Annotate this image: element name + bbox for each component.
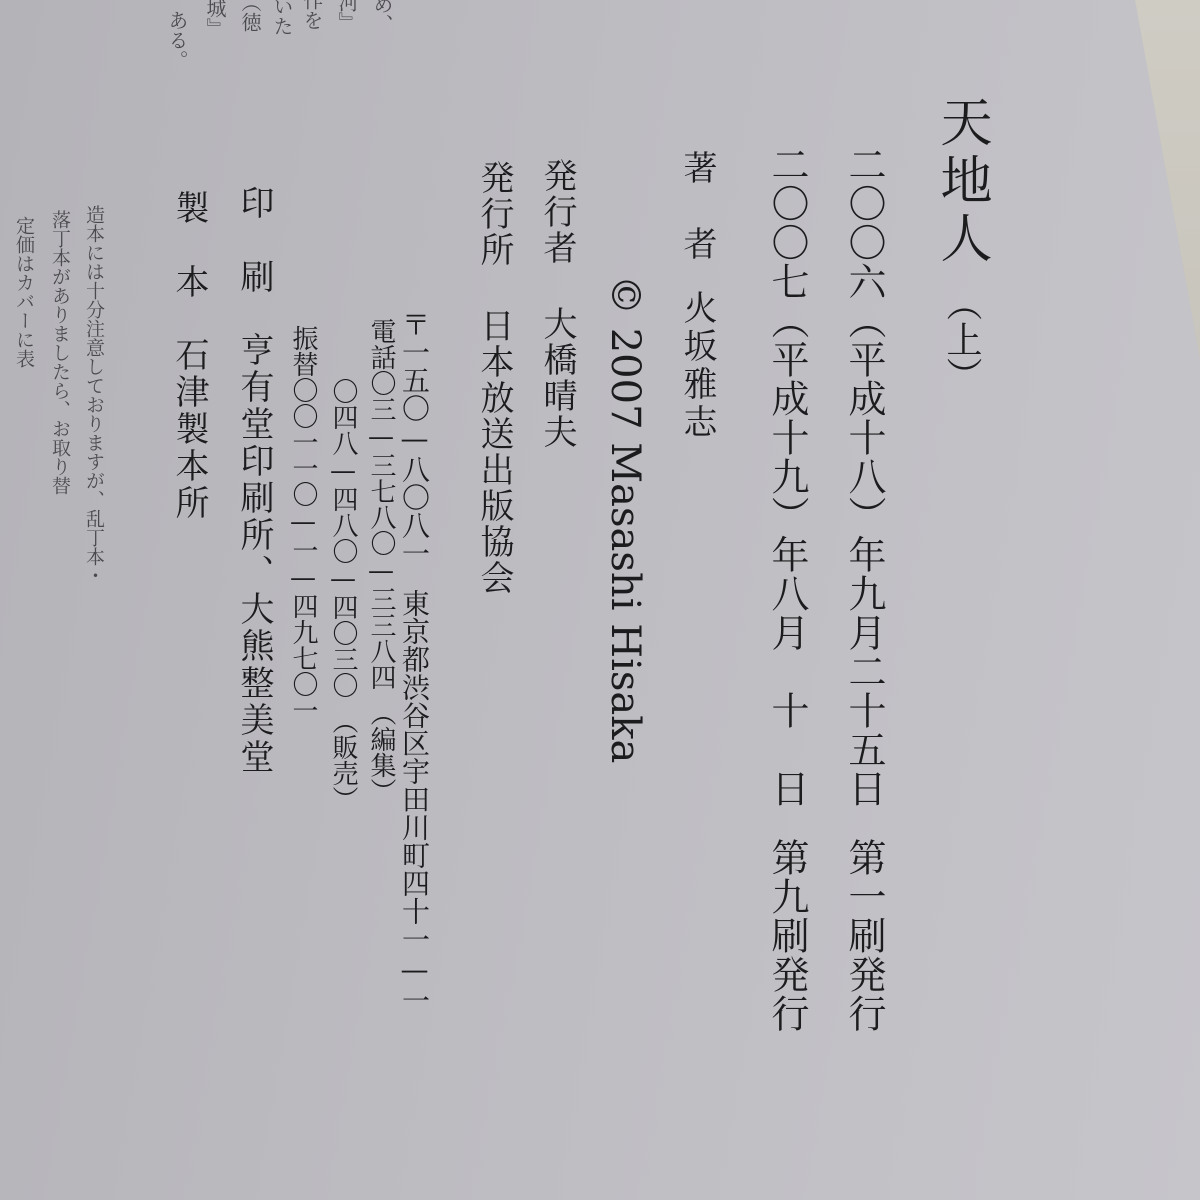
phone-sales-line: 〇四八—四八〇—四〇三〇（販売） xyxy=(330,378,356,812)
author-line: 著 者火坂雅志 xyxy=(680,150,714,442)
ninth-printing-label: 第九刷発行 xyxy=(765,838,809,1033)
printer-label: 印 刷 xyxy=(234,185,274,296)
postal-address-line: 〒一五〇—八〇八一東京都渋谷区宇田川町四十一—一 xyxy=(400,310,428,1014)
fragment-column: 作を xyxy=(302,0,322,30)
street-address: 東京都渋谷区宇田川町四十一—一 xyxy=(398,589,431,1014)
binder-label: 製 本 xyxy=(169,190,209,301)
notice-line: 造本には十分注意しておりますが、乱丁本・ xyxy=(84,205,103,585)
phone-sales-note: （販売） xyxy=(328,708,358,812)
first-edition-printing: 第一刷発行 xyxy=(842,838,886,1033)
publisher-person-name: 大橋晴夫 xyxy=(537,306,577,450)
phone-editorial-number: 〇三—三七八〇—三三八四 xyxy=(366,370,396,690)
printer-name: 亨有堂印刷所、大熊整美堂 xyxy=(234,332,274,776)
postal-code: 〒一五〇—八〇八一 xyxy=(398,310,431,567)
publisher-person-line: 発行者大橋晴夫 xyxy=(540,158,574,450)
phone-editorial-note: （編集） xyxy=(366,700,396,804)
fragment-column: （徳 xyxy=(240,0,260,32)
fragment-column: の城』 xyxy=(205,0,225,38)
ninth-printing-line: 二〇〇七（平成十九）年八月 十 日第九刷発行 xyxy=(768,145,806,1033)
book-page xyxy=(0,0,1200,1200)
postal-transfer-line: 振替〇〇一一〇—一—四九七〇一 xyxy=(290,325,316,723)
author-name: 火坂雅志 xyxy=(677,290,717,442)
binder-line: 製 本石津製本所 xyxy=(172,190,206,522)
publisher-person-label: 発行者 xyxy=(537,158,577,266)
phone-editorial-line: 電話〇三—三七八〇—三三八四（編集） xyxy=(368,318,394,804)
phone-label: 電話 xyxy=(366,318,396,370)
publisher-line: 発行所日本放送出版協会 xyxy=(477,160,511,596)
notice-line: 落丁本がありましたら、お取り替 xyxy=(50,210,69,495)
publisher-name: 日本放送出版協会 xyxy=(474,308,514,596)
fragment-column: いた xyxy=(272,0,292,36)
fragment-column: め、 xyxy=(372,0,392,34)
transfer-number: 〇〇一一〇—一—四九七〇一 xyxy=(288,377,318,723)
printer-line: 印 刷亨有堂印刷所、大熊整美堂 xyxy=(237,185,271,776)
volume-label: （上） xyxy=(943,285,979,393)
copyright-notice: © 2007 Masashi Hisaka xyxy=(605,275,645,763)
ninth-printing-date: 二〇〇七（平成十九）年八月 十 日 xyxy=(765,145,809,808)
first-edition-line: 二〇〇六（平成十八）年九月二十五日第一刷発行 xyxy=(845,145,883,1033)
first-edition-date: 二〇〇六（平成十八）年九月二十五日 xyxy=(842,145,886,808)
phone-sales-number: 〇四八—四八〇—四〇三〇 xyxy=(328,378,358,698)
fragment-column: 河』 xyxy=(337,0,357,32)
publisher-label: 発行所 xyxy=(474,160,514,268)
notice-line: 定価はカバーに表 xyxy=(14,216,33,368)
transfer-label: 振替 xyxy=(288,325,318,377)
book-title: 天地人 xyxy=(935,95,987,269)
fragment-column: ある。 xyxy=(167,10,187,70)
binder-name: 石津製本所 xyxy=(169,337,209,522)
author-label: 著 者 xyxy=(677,150,717,264)
